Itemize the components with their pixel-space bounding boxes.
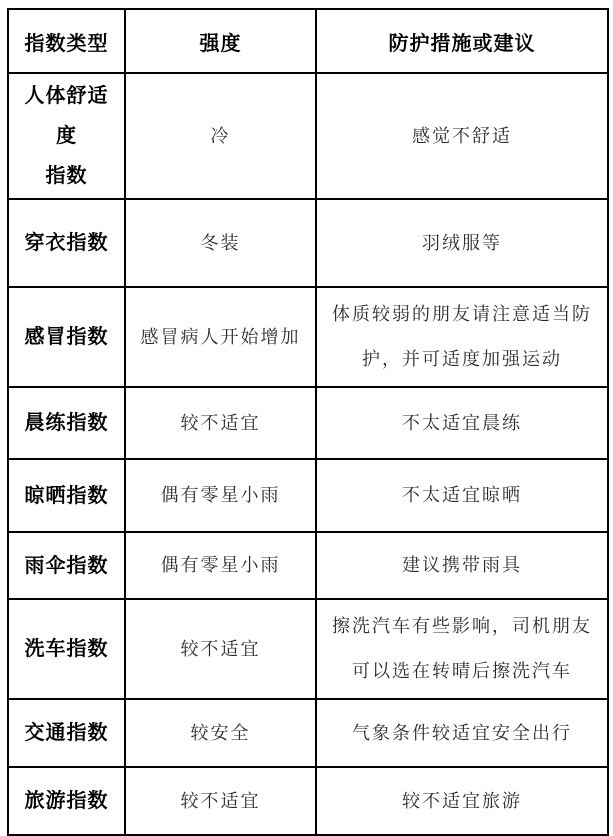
index-type-cell: 穿衣指数 xyxy=(8,199,125,287)
advice-cell: 不太适宜晾晒 xyxy=(316,459,608,532)
table-row: 交通指数 较安全 气象条件较适宜安全出行 xyxy=(8,699,608,767)
advice-cell: 建议携带雨具 xyxy=(316,532,608,599)
index-type-cell: 洗车指数 xyxy=(8,599,125,699)
table-row: 洗车指数 较不适宜 擦洗汽车有些影响，司机朋友 可以选在转晴后擦洗汽车 xyxy=(8,599,608,699)
strength-cell: 偶有零星小雨 xyxy=(125,459,316,532)
table-row: 感冒指数 感冒病人开始增加 体质较弱的朋友请注意适当防 护，并可适度加强运动 xyxy=(8,287,608,387)
advice-cell: 感觉不舒适 xyxy=(316,73,608,199)
strength-cell: 冬装 xyxy=(125,199,316,287)
table-row: 晾晒指数 偶有零星小雨 不太适宜晾晒 xyxy=(8,459,608,532)
strength-cell: 偶有零星小雨 xyxy=(125,532,316,599)
table-row: 人体舒适度 指数 冷 感觉不舒适 xyxy=(8,73,608,199)
advice-cell: 较不适宜旅游 xyxy=(316,767,608,835)
strength-cell: 冷 xyxy=(125,73,316,199)
table-row: 晨练指数 较不适宜 不太适宜晨练 xyxy=(8,387,608,459)
index-type-cell: 雨伞指数 xyxy=(8,532,125,599)
strength-cell: 较不适宜 xyxy=(125,387,316,459)
strength-cell: 较不适宜 xyxy=(125,599,316,699)
table-row: 穿衣指数 冬装 羽绒服等 xyxy=(8,199,608,287)
advice-cell: 不太适宜晨练 xyxy=(316,387,608,459)
advice-cell: 羽绒服等 xyxy=(316,199,608,287)
col-header-index-type: 指数类型 xyxy=(8,9,125,73)
header-row: 指数类型 强度 防护措施或建议 xyxy=(8,9,608,73)
strength-cell: 较安全 xyxy=(125,699,316,767)
index-type-cell: 人体舒适度 指数 xyxy=(8,73,125,199)
table-row: 雨伞指数 偶有零星小雨 建议携带雨具 xyxy=(8,532,608,599)
index-type-cell: 旅游指数 xyxy=(8,767,125,835)
index-type-cell: 感冒指数 xyxy=(8,287,125,387)
advice-cell: 气象条件较适宜安全出行 xyxy=(316,699,608,767)
advice-cell: 擦洗汽车有些影响，司机朋友 可以选在转晴后擦洗汽车 xyxy=(316,599,608,699)
strength-cell: 较不适宜 xyxy=(125,767,316,835)
index-type-cell: 晾晒指数 xyxy=(8,459,125,532)
index-type-cell: 晨练指数 xyxy=(8,387,125,459)
advice-cell: 体质较弱的朋友请注意适当防 护，并可适度加强运动 xyxy=(316,287,608,387)
col-header-advice: 防护措施或建议 xyxy=(316,9,608,73)
weather-index-table: 指数类型 强度 防护措施或建议 人体舒适度 指数 冷 感觉不舒适 穿衣指数 冬装… xyxy=(7,8,609,836)
table-row: 旅游指数 较不适宜 较不适宜旅游 xyxy=(8,767,608,835)
col-header-strength: 强度 xyxy=(125,9,316,73)
index-type-cell: 交通指数 xyxy=(8,699,125,767)
strength-cell: 感冒病人开始增加 xyxy=(125,287,316,387)
